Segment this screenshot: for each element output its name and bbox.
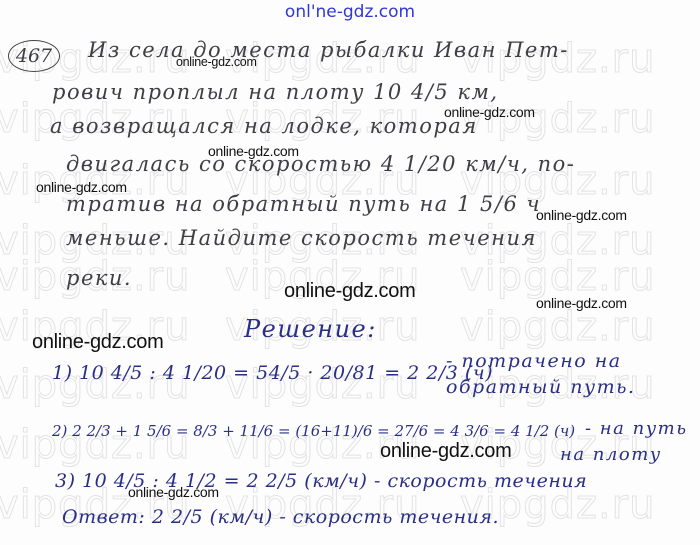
overlay-watermark: online-gdz.com	[444, 104, 535, 120]
overlay-watermark: online-gdz.com	[128, 484, 219, 500]
step-3-note: - скорость течения	[374, 470, 587, 492]
step-2-note-line-2: на плоту	[560, 444, 662, 465]
problem-line-1: Из села до места рыбалки Иван Пет-	[88, 38, 569, 62]
answer-value: 2 2/5 (км/ч)	[152, 506, 273, 528]
overlay-watermark: online-gdz.com	[536, 207, 627, 223]
watermark-vipgdz: vipgdz.ru	[460, 254, 655, 300]
step-2-expression: 2 2/3 + 1 5/6 = 8/3 + 11/6 = (16+11)/6 =…	[72, 422, 575, 440]
step-1: 1) 10 4/5 : 4 1/20 = 54/5 · 20/81 = 2 2/…	[52, 362, 493, 384]
step-1-expression: 10 4/5 : 4 1/20 = 54/5 · 20/81 = 2 2/3 (…	[79, 362, 493, 384]
overlay-watermark: online-gdz.com	[32, 331, 163, 354]
problem-line-7: реки.	[66, 266, 132, 290]
step-1-note-line-1: - потрачено на	[446, 350, 622, 372]
top-watermark: onl'ne-gdz.com	[0, 2, 700, 22]
problem-number: 467	[8, 40, 60, 72]
overlay-watermark: online-gdz.com	[176, 55, 257, 69]
solution-heading: Решение:	[244, 315, 377, 343]
overlay-watermark: online-gdz.com	[536, 295, 627, 311]
step-1-note-line-2: обратный путь.	[446, 376, 635, 398]
answer-label: Ответ:	[62, 506, 145, 528]
problem-line-3: а возвращался на лодке, которая	[50, 114, 478, 138]
problem-line-6: меньше. Найдите скорость течения	[66, 226, 537, 250]
step-2-label: 2)	[52, 422, 67, 440]
answer-note: - скорость течения.	[279, 506, 499, 528]
overlay-watermark: online-gdz.com	[36, 179, 127, 195]
problem-line-2: рович проплыл на плоту 10 4/5 км,	[52, 80, 499, 104]
problem-line-5: тратив на обратный путь на 1 5/6 ч	[66, 192, 541, 216]
answer: Ответ: 2 2/5 (км/ч) - скорость течения.	[62, 506, 499, 528]
homework-page: vipgdz.ru vipgdz.ru vipgdz.ru vipgdz.ru …	[0, 0, 700, 545]
overlay-watermark: online-gdz.com	[284, 280, 415, 303]
step-1-label: 1)	[52, 362, 73, 384]
overlay-watermark: online-gdz.com	[208, 143, 299, 159]
step-2-note-line-1: - на путь	[585, 418, 688, 439]
overlay-watermark: online-gdz.com	[380, 440, 511, 463]
step-2: 2) 2 2/3 + 1 5/6 = 8/3 + 11/6 = (16+11)/…	[52, 422, 575, 440]
step-3-label: 3)	[55, 470, 76, 492]
problem-line-4: двигалась со скоростью 4 1/20 км/ч, по-	[66, 152, 575, 176]
step-3-expression: 10 4/5 : 4 1/2 = 2 2/5 (км/ч)	[82, 470, 367, 492]
